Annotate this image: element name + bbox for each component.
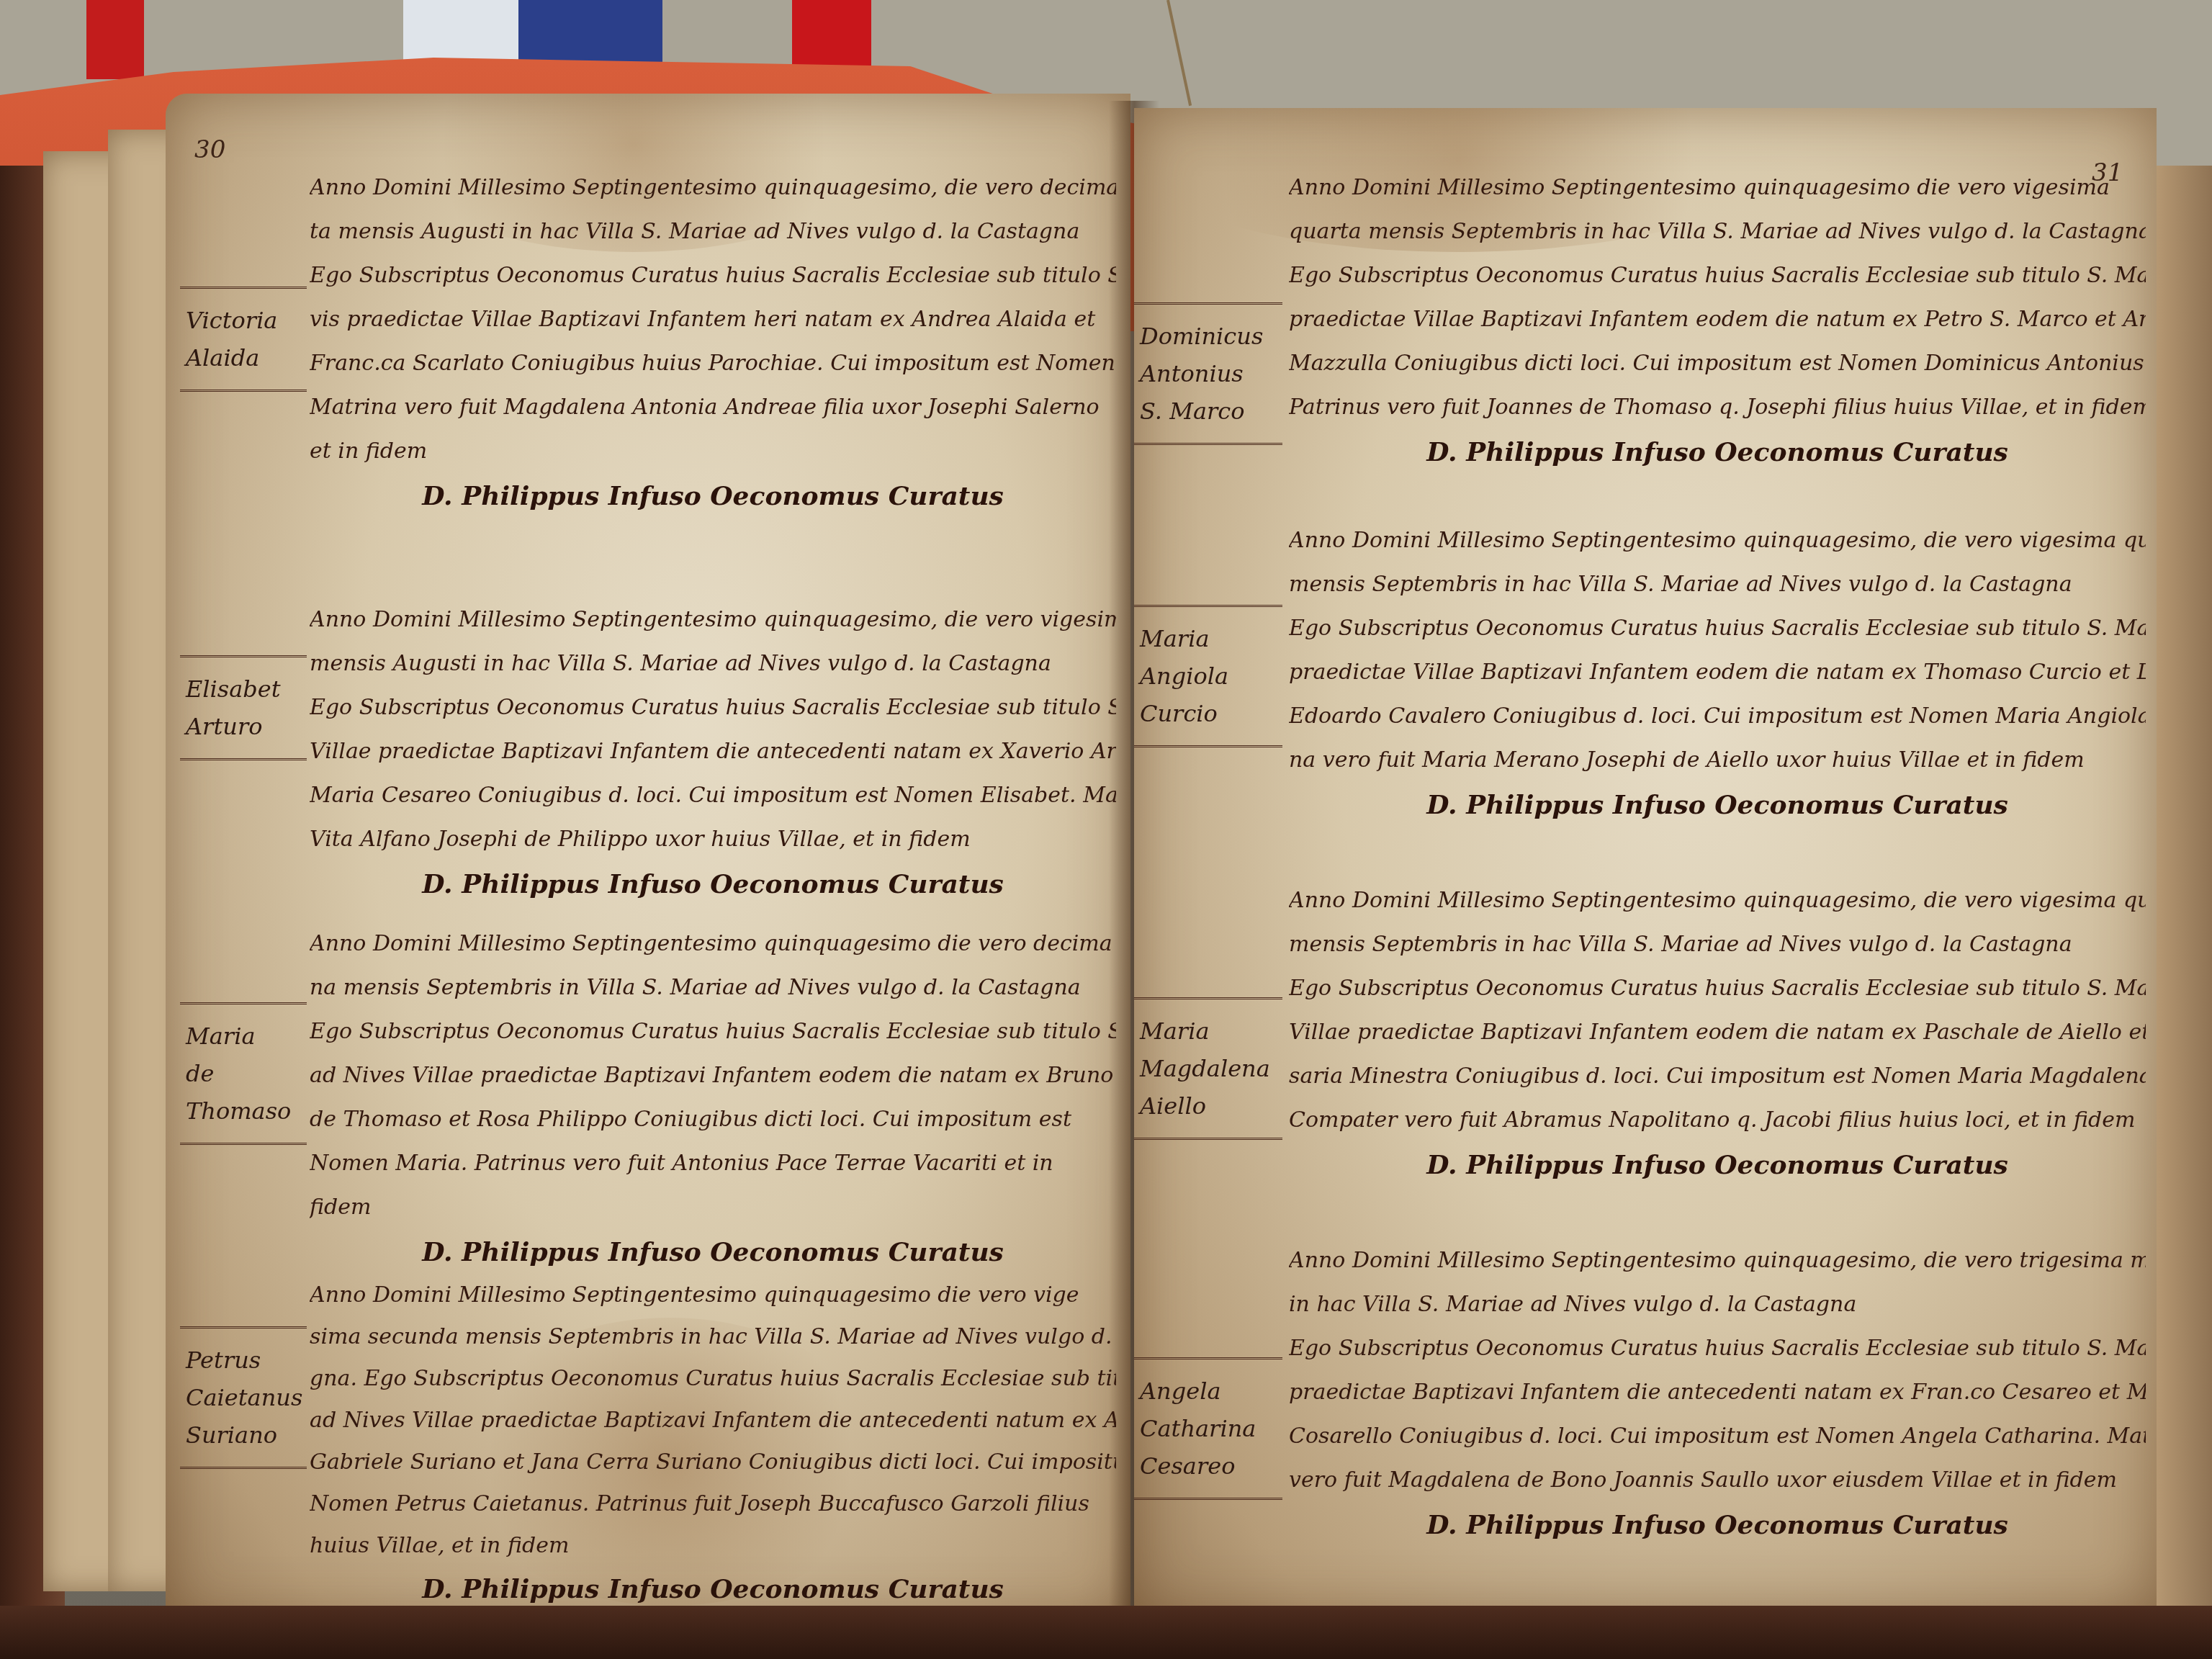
curate-signature: D. Philippus Infuso Oeconomus Curatus — [1289, 431, 2146, 475]
entry-line: Ego Subscriptus Oeconomus Curatus huius … — [1289, 606, 2146, 650]
curate-signature: D. Philippus Infuso Oeconomus Curatus — [310, 1231, 1116, 1274]
curate-signature: D. Philippus Infuso Oeconomus Curatus — [1289, 1503, 2146, 1547]
margin-name-line: Magdalena — [1140, 1050, 1277, 1087]
margin-name-line: Curcio — [1140, 695, 1277, 732]
baptism-entry: Anno Domini Millesimo Septingentesimo qu… — [1289, 166, 2146, 476]
entry-line: huius Villae, et in fidem — [310, 1525, 1116, 1567]
margin-name-line: Maria — [1140, 1012, 1277, 1050]
entry-line: Cosarello Coniugibus d. loci. Cui imposi… — [1289, 1414, 2146, 1458]
entry-line: Anno Domini Millesimo Septingentesimo qu… — [1289, 166, 2146, 210]
margin-name-line: Angiola — [1140, 657, 1277, 695]
entry-line: Gabriele Suriano et Jana Cerra Suriano C… — [310, 1442, 1116, 1483]
entry-line: Edoardo Cavalero Coniugibus d. loci. Cui… — [1289, 694, 2146, 738]
entry-line: Villae praedictae Baptizavi Infantem die… — [310, 729, 1116, 773]
entry-line: Ego Subscriptus Oeconomus Curatus huius … — [1289, 253, 2146, 297]
entry-line: praedictae Villae Baptizavi Infantem eod… — [1289, 297, 2146, 341]
margin-name-entry: Victoria Alaida — [180, 287, 307, 392]
entry-line: praedictae Baptizavi Infantem die antece… — [1289, 1370, 2146, 1414]
background-flag-scrap — [86, 0, 144, 79]
entry-line: mensis Augusti in hac Villa S. Mariae ad… — [310, 642, 1116, 685]
margin-name-line: Petrus — [186, 1341, 301, 1379]
entry-line: Anno Domini Millesimo Septingentesimo qu… — [1289, 1238, 2146, 1282]
entry-line: Mazzulla Coniugibus dicti loci. Cui impo… — [1289, 341, 2146, 385]
entry-line: Nomen Petrus Caietanus. Patrinus fuit Jo… — [310, 1483, 1116, 1525]
margin-name-line: Arturo — [186, 708, 301, 745]
margin-name-entry: Angela Catharina Cesareo — [1134, 1357, 1282, 1500]
entry-line: Anno Domini Millesimo Septingentesimo qu… — [1289, 518, 2146, 562]
margin-name-line: Antonius — [1140, 355, 1277, 392]
baptism-entry: Anno Domini Millesimo Septingentesimo qu… — [310, 922, 1116, 1276]
entry-line: sima secunda mensis Septembris in hac Vi… — [310, 1316, 1116, 1358]
entry-line: de Thomaso et Rosa Philippo Coniugibus d… — [310, 1097, 1116, 1141]
entry-line: Anno Domini Millesimo Septingentesimo qu… — [310, 922, 1116, 966]
entry-line: Ego Subscriptus Oeconomus Curatus huius … — [310, 253, 1116, 297]
entry-line: ta mensis Augusti in hac Villa S. Mariae… — [310, 210, 1116, 253]
entry-line: Villae praedictae Baptizavi Infantem eod… — [1289, 1010, 2146, 1054]
entry-line: Matrina vero fuit Magdalena Antonia Andr… — [310, 385, 1116, 429]
entry-line: Ego Subscriptus Oeconomus Curatus huius … — [1289, 966, 2146, 1010]
entry-line: et in fidem — [310, 429, 1116, 473]
curate-signature: D. Philippus Infuso Oeconomus Curatus — [310, 1568, 1116, 1610]
entry-line: Ego Subscriptus Oeconomus Curatus huius … — [310, 1010, 1116, 1053]
entry-line: Nomen Maria. Patrinus vero fuit Antonius… — [310, 1141, 1116, 1185]
margin-name-line: Maria — [186, 1017, 301, 1055]
book-bottom-edge — [0, 1606, 2212, 1659]
baptism-entry: Anno Domini Millesimo Septingentesimo qu… — [310, 598, 1116, 908]
margin-name-line: S. Marco — [1140, 392, 1277, 430]
baptism-entry: Anno Domini Millesimo Septingentesimo qu… — [1289, 878, 2146, 1189]
entry-line: mensis Septembris in hac Villa S. Mariae… — [1289, 922, 2146, 966]
margin-name-line: de — [186, 1055, 301, 1092]
entry-line: Anno Domini Millesimo Septingentesimo qu… — [310, 1274, 1116, 1316]
margin-name-line: Thomaso — [186, 1092, 301, 1130]
margin-name-line: Catharina — [1140, 1410, 1277, 1447]
margin-name-entry: Maria Angiola Curcio — [1134, 605, 1282, 747]
entry-line: na mensis Septembris in Villa S. Mariae … — [310, 966, 1116, 1010]
entry-line: gna. Ego Subscriptus Oeconomus Curatus h… — [310, 1358, 1116, 1400]
curate-signature: D. Philippus Infuso Oeconomus Curatus — [1289, 1143, 2146, 1187]
page-stack-right — [2153, 166, 2212, 1606]
entry-line: praedictae Villae Baptizavi Infantem eod… — [1289, 650, 2146, 694]
baptism-entry: Anno Domini Millesimo Septingentesimo qu… — [310, 1274, 1116, 1611]
margin-name-line: Caietanus — [186, 1379, 301, 1416]
curate-signature: D. Philippus Infuso Oeconomus Curatus — [1289, 783, 2146, 827]
baptism-entry: Anno Domini Millesimo Septingentesimo qu… — [1289, 518, 2146, 829]
entry-line: fidem — [310, 1185, 1116, 1229]
entry-line: Patrinus vero fuit Joannes de Thomaso q.… — [1289, 385, 2146, 429]
entry-line: Maria Cesareo Coniugibus d. loci. Cui im… — [310, 773, 1116, 817]
entry-line: saria Minestra Coniugibus d. loci. Cui i… — [1289, 1054, 2146, 1098]
entry-line: Anno Domini Millesimo Septingentesimo qu… — [310, 166, 1116, 210]
margin-name-line: Maria — [1140, 620, 1277, 657]
entry-line: na vero fuit Maria Merano Josephi de Aie… — [1289, 738, 2146, 782]
margin-name-entry: Maria de Thomaso — [180, 1002, 307, 1145]
margin-name-line: Elisabet — [186, 670, 301, 708]
right-page: 31 Dominicus Antonius S. Marco Maria Ang… — [1134, 108, 2157, 1613]
left-page: 30 Victoria Alaida Elisabet Arturo Maria… — [166, 94, 1130, 1620]
margin-name-line: Dominicus — [1140, 318, 1277, 355]
margin-name-line: Victoria — [186, 302, 301, 339]
baptism-entry: Anno Domini Millesimo Septingentesimo qu… — [310, 166, 1116, 520]
baptism-entry: Anno Domini Millesimo Septingentesimo qu… — [1289, 1238, 2146, 1549]
entry-line: ad Nives Villae praedictae Baptizavi Inf… — [310, 1053, 1116, 1097]
margin-name-line: Cesareo — [1140, 1447, 1277, 1485]
margin-name-entry: Elisabet Arturo — [180, 655, 307, 760]
margin-name-entry: Petrus Caietanus Suriano — [180, 1326, 307, 1469]
entry-line: Compater vero fuit Abramus Napolitano q.… — [1289, 1098, 2146, 1142]
margin-name-entry: Maria Magdalena Aiello — [1134, 997, 1282, 1140]
entry-line: Ego Subscriptus Oeconomus Curatus huius … — [1289, 1326, 2146, 1370]
page-number: 30 — [194, 135, 225, 164]
entry-line: Anno Domini Millesimo Septingentesimo qu… — [310, 598, 1116, 642]
entry-line: mensis Septembris in hac Villa S. Mariae… — [1289, 562, 2146, 606]
curate-signature: D. Philippus Infuso Oeconomus Curatus — [310, 863, 1116, 907]
entry-line: Vita Alfano Josephi de Philippo uxor hui… — [310, 817, 1116, 861]
entry-line: quarta mensis Septembris in hac Villa S.… — [1289, 210, 2146, 253]
margin-name-line: Alaida — [186, 339, 301, 377]
entry-line: Franc.ca Scarlato Coniugibus huius Paroc… — [310, 341, 1116, 385]
entry-line: Anno Domini Millesimo Septingentesimo qu… — [1289, 878, 2146, 922]
margin-name-line: Angela — [1140, 1372, 1277, 1410]
margin-name-line: Suriano — [186, 1416, 301, 1454]
entry-line: vero fuit Magdalena de Bono Joannis Saul… — [1289, 1458, 2146, 1502]
curate-signature: D. Philippus Infuso Oeconomus Curatus — [310, 475, 1116, 518]
margin-name-entry: Dominicus Antonius S. Marco — [1134, 302, 1282, 445]
entry-line: vis praedictae Villae Baptizavi Infantem… — [310, 297, 1116, 341]
entry-line: ad Nives Villae praedictae Baptizavi Inf… — [310, 1400, 1116, 1442]
entry-line: Ego Subscriptus Oeconomus Curatus huius … — [310, 685, 1116, 729]
entry-line: in hac Villa S. Mariae ad Nives vulgo d.… — [1289, 1282, 2146, 1326]
margin-name-line: Aiello — [1140, 1087, 1277, 1125]
